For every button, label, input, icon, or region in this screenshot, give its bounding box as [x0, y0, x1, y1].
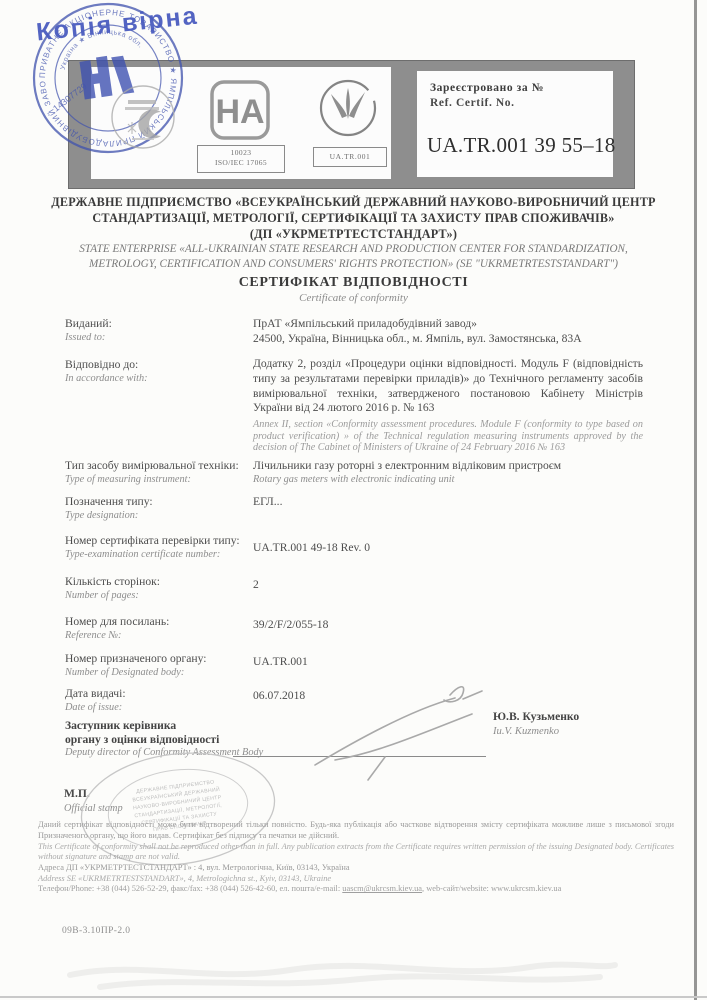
label-en: Type-examination certificate number: — [65, 548, 265, 561]
legal-text-uk: Даний сертифікат відповідності може бути… — [38, 820, 674, 842]
instrument-type-uk: Лічильники газу роторні з електронним ві… — [253, 458, 643, 473]
contacts-line: Телефон/Phone: +38 (044) 526-52-29, факс… — [38, 884, 674, 895]
signatory-title-uk-line2: органу з оцінки відповідності — [65, 733, 263, 747]
label-en: Type designation: — [65, 509, 265, 522]
org-name-uk-line3: (ДП «УКРМЕТРТЕСТСТАНДАРТ») — [0, 226, 707, 242]
metrology-stamp-icon — [108, 82, 178, 152]
label-uk: Позначення типу: — [65, 494, 265, 509]
accordance-text-en: Annex II, section «Conformity assessment… — [253, 419, 643, 454]
label-en: Number of Designated body: — [65, 666, 265, 679]
address-uk: Адреса ДП «УКРМЕТРТЕСТСТАНДАРТ» : 4, вул… — [38, 863, 674, 874]
conformity-mark-label: UA.TR.001 — [313, 147, 387, 167]
email-link: uascm@ukrcsm.kiev.ua — [342, 884, 422, 893]
issuing-organisation: ДЕРЖАВНЕ ПІДПРИЄМСТВО «ВСЕУКРАЇНСЬКИЙ ДЕ… — [0, 194, 707, 271]
scan-smudge — [60, 935, 620, 995]
org-name-en-line1: STATE ENTERPRISE «ALL-UKRAINIAN STATE RE… — [0, 242, 707, 257]
org-name-uk-line2: СТАНДАРТИЗАЦІЇ, МЕТРОЛОГІЇ, СЕРТИФІКАЦІЇ… — [0, 210, 707, 226]
accreditation-standard: ISO/IEC 17065 — [198, 158, 284, 168]
label-en: Reference №: — [65, 629, 265, 642]
accordance-text-uk: Додатку 2, розділ «Процедури оцінки відп… — [253, 357, 643, 416]
phone-fax-text: Телефон/Phone: +38 (044) 526-52-29, факс… — [38, 884, 342, 893]
label-en: In accordance with: — [65, 372, 265, 385]
label-uk: Кількість сторінок: — [65, 574, 265, 589]
accreditation-number-label: 10023 ISO/IEC 17065 — [197, 145, 285, 173]
label-uk: Відповідно до: — [65, 357, 265, 372]
registration-label-en: Ref. Certif. No. — [430, 97, 515, 109]
accreditation-id: 10023 — [198, 148, 284, 158]
label-uk: Номер сертифіката перевірки типу: — [65, 533, 265, 548]
label-en: Number of pages: — [65, 589, 265, 602]
title-uk: СЕРТИФІКАТ ВІДПОВІДНОСТІ — [0, 275, 707, 291]
ukraine-trident-mark-icon — [317, 77, 379, 141]
reference-value: 39/2/F/2/055-18 — [253, 617, 643, 632]
document-title: СЕРТИФІКАТ ВІДПОВІДНОСТІ Certificate of … — [0, 275, 707, 304]
type-designation-value: ЕГЛ... — [253, 494, 643, 509]
page-scan-right-edge — [694, 0, 697, 1000]
signatory-name-en: Iu.V. Kuzmenko — [493, 726, 559, 737]
pages-value: 2 — [253, 577, 643, 592]
certificate-page: НА 10023 ISO/IEC 17065 UA.TR.001 Зареєст… — [0, 0, 707, 1000]
handwritten-signature — [290, 662, 510, 787]
label-uk: Виданий: — [65, 316, 265, 331]
website-text: , web-сайт/website: www.ukrcsm.kiev.ua — [422, 884, 561, 893]
page-scan-bottom-edge — [0, 996, 707, 998]
label-uk: Номер призначеного органу: — [65, 651, 265, 666]
registration-box: Зареєстровано за № Ref. Certif. No. UA.T… — [417, 71, 613, 177]
legal-text-en: This Certificate of conformity shall not… — [38, 842, 674, 864]
title-en: Certificate of conformity — [0, 292, 707, 304]
type-exam-certificate-value: UA.TR.001 49-18 Rev. 0 — [253, 540, 643, 555]
signatory-title-uk-line1: Заступник керівника — [65, 719, 263, 733]
svg-text:НА: НА — [215, 93, 264, 131]
issued-to-address: 24500, Україна, Вінницька обл., м. Ямпіл… — [253, 331, 643, 346]
label-uk: Номер для посилань: — [65, 614, 265, 629]
label-en: Type of measuring instrument: — [65, 473, 265, 486]
issued-to-name: ПрАТ «Ямпільський приладобудівний завод» — [253, 316, 643, 331]
org-name-uk-line1: ДЕРЖАВНЕ ПІДПРИЄМСТВО «ВСЕУКРАЇНСЬКИЙ ДЕ… — [0, 194, 707, 210]
signatory-name-uk: Ю.В. Кузьменко — [493, 710, 579, 723]
instrument-type-en: Rotary gas meters with electronic indica… — [253, 473, 643, 486]
accreditation-na-logo-icon: НА — [209, 79, 271, 141]
certificate-number: UA.TR.001 39 55–18 — [427, 133, 616, 158]
label-en: Date of issue: — [65, 701, 265, 714]
address-en: Address SE «UKRMETRTESTSTANDART», 4, Met… — [38, 874, 674, 885]
label-uk: Тип засобу вимірювальної техніки: — [65, 458, 265, 473]
label-en: Issued to: — [65, 331, 265, 344]
org-name-en-line2: METROLOGY, CERTIFICATION AND CONSUMERS' … — [0, 257, 707, 272]
label-uk: Дата видачі: — [65, 686, 265, 701]
registration-label-uk: Зареєстровано за № — [430, 82, 544, 94]
footer-legal-block: Даний сертифікат відповідності може бути… — [38, 820, 674, 895]
